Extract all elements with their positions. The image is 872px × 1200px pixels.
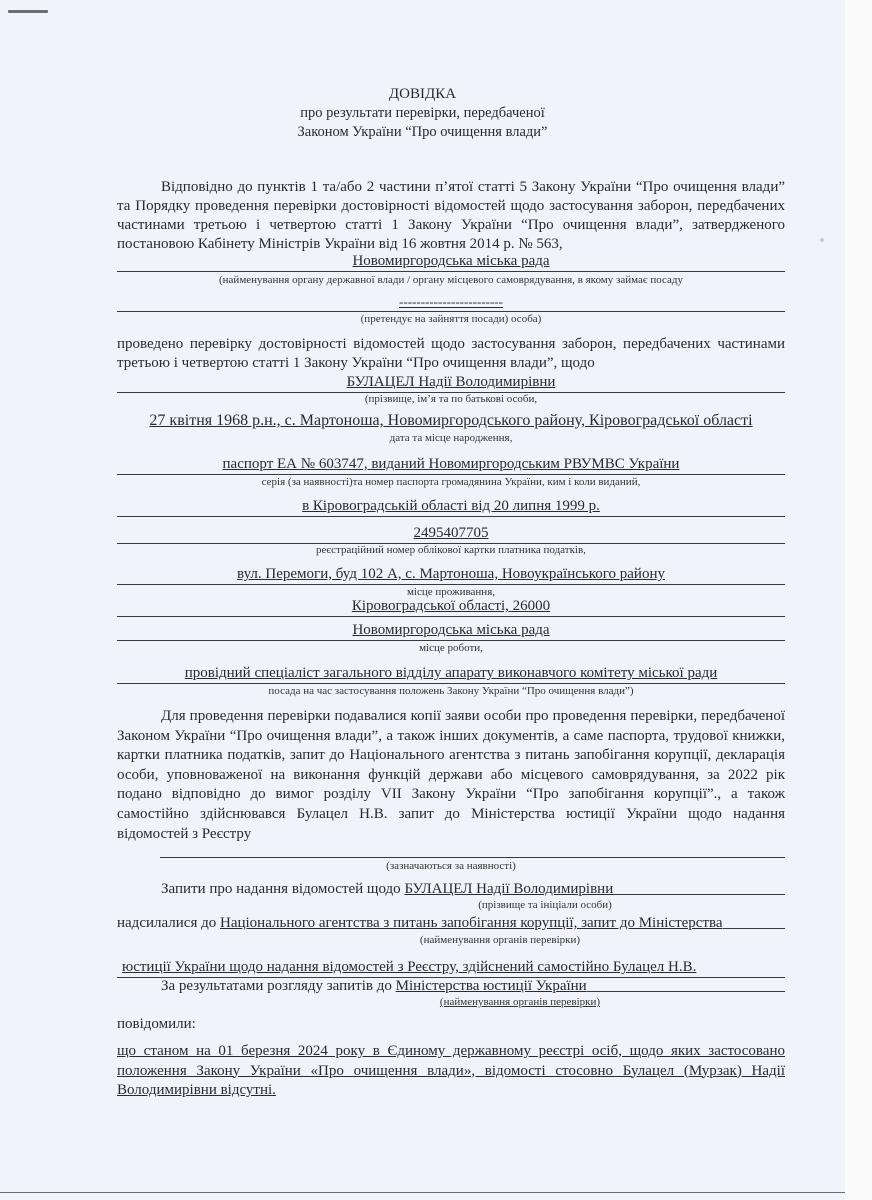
document-header: ДОВІДКА про результати перевірки, передб… (0, 85, 845, 142)
residence-value: вул. Перемоги, буд 102 А, с. Мартоноша, … (237, 566, 665, 582)
position-value: провідний спеціаліст загального відділу … (185, 665, 718, 681)
reported-label: повідомили: (117, 1015, 785, 1034)
results-body-caption: (найменування органів перевірки) (410, 995, 630, 1009)
scan-edge (845, 0, 872, 1200)
document-subtitle-1: про результати перевірки, передбаченої (0, 104, 845, 123)
document-subtitle-2: Законом України “Про очищення влади” (0, 123, 845, 142)
authority-field: Новомиргородська міська рада (117, 252, 785, 272)
position-caption: посада на час застосування положень Зако… (117, 684, 785, 698)
tax-id-value: 2495407705 (414, 525, 489, 541)
full-name-field: БУЛАЦЕЛ Надії Володимирівни (117, 373, 785, 393)
sent-line: надсилалися до Національного агентства з… (117, 914, 785, 933)
documents-paragraph: Для проведення перевірки подавалися копі… (117, 707, 785, 844)
residence-cont-field: Кіровоградської області, 26000 (117, 597, 785, 617)
authority-value: Новомиргородська міська рада (352, 253, 549, 269)
birth-field: 27 квітня 1968 р.н., с. Мартоноша, Новом… (117, 411, 785, 430)
residence-cont-value: Кіровоградської області, 26000 (352, 598, 550, 614)
passport-field: паспорт ЕА № 603747, виданий Новомиргоро… (117, 455, 785, 475)
scan-speck (820, 238, 824, 242)
birth-caption: дата та місце народження, (117, 431, 785, 445)
results-prefix: За результатами розгляду запитів до (161, 977, 392, 996)
tax-id-caption: реєстраційний номер облікової картки пла… (117, 543, 785, 557)
fill-line (587, 977, 785, 992)
full-name-value: БУЛАЦЕЛ Надії Володимирівни (347, 374, 556, 390)
passport-cont-field: в Кіровоградській області від 20 липня 1… (117, 497, 785, 517)
optional-caption: (зазначаються за наявності) (117, 859, 785, 873)
fill-line (723, 914, 785, 929)
fill-line (613, 880, 785, 895)
results-body: Міністерства юстиції України (396, 977, 587, 996)
intro-paragraph: Відповідно до пунктів 1 та/або 2 частини… (117, 178, 785, 254)
passport-value: паспорт ЕА № 603747, виданий Новомиргоро… (223, 456, 680, 472)
document-title: ДОВІДКА (0, 85, 845, 104)
residence-field: вул. Перемоги, буд 102 А, с. Мартоноша, … (117, 565, 785, 585)
check-paragraph: проведено перевірку достовірності відомо… (117, 335, 785, 373)
requests-person-caption: (прізвище та ініціали особи) (440, 898, 650, 912)
passport-caption: серія (за наявності)та номер паспорта гр… (117, 475, 785, 489)
requests-person: БУЛАЦЕЛ Надії Володимирівни (404, 880, 613, 899)
sent-bodies: Національного агентства з питань запобіг… (220, 914, 723, 933)
full-name-caption: (прізвище, ім’я та по батькові особи, (117, 392, 785, 406)
results-line: За результатами розгляду запитів до Міні… (117, 977, 785, 996)
position-field: провідний спеціаліст загального відділу … (117, 664, 785, 684)
workplace-caption: місце роботи, (117, 641, 785, 655)
conclusion-paragraph: що станом на 01 березня 2024 року в Єдин… (117, 1042, 785, 1101)
requests-line: Запити про надання відомостей щодо БУЛАЦ… (117, 880, 785, 899)
passport-cont-value: в Кіровоградській області від 20 липня 1… (302, 498, 600, 514)
requests-prefix: Запити про надання відомостей щодо (161, 880, 401, 899)
sent-prefix: надсилалися до (117, 914, 216, 933)
scanned-page: ДОВІДКА про результати перевірки, передб… (0, 0, 845, 1193)
birth-value: 27 квітня 1968 р.н., с. Мартоноша, Новом… (149, 412, 752, 429)
workplace-field: Новомиргородська міська рада (117, 621, 785, 641)
tax-id-field: 2495407705 (117, 524, 785, 544)
scan-mark (8, 10, 48, 13)
applicant-caption: (претендує на зайняття посади) особа) (117, 312, 785, 326)
bodies-cont-field: юстиції України щодо надання відомостей … (117, 958, 785, 978)
bodies-cont-value: юстиції України щодо надання відомостей … (122, 959, 696, 975)
applicant-field: ------------------------ (117, 292, 785, 312)
authority-caption: (найменування органу державної влади / о… (117, 273, 785, 287)
applicant-value: ------------------------ (399, 294, 503, 309)
optional-field (160, 838, 785, 858)
workplace-value: Новомиргородська міська рада (352, 622, 549, 638)
sent-bodies-caption: (найменування органів перевірки) (380, 933, 620, 947)
